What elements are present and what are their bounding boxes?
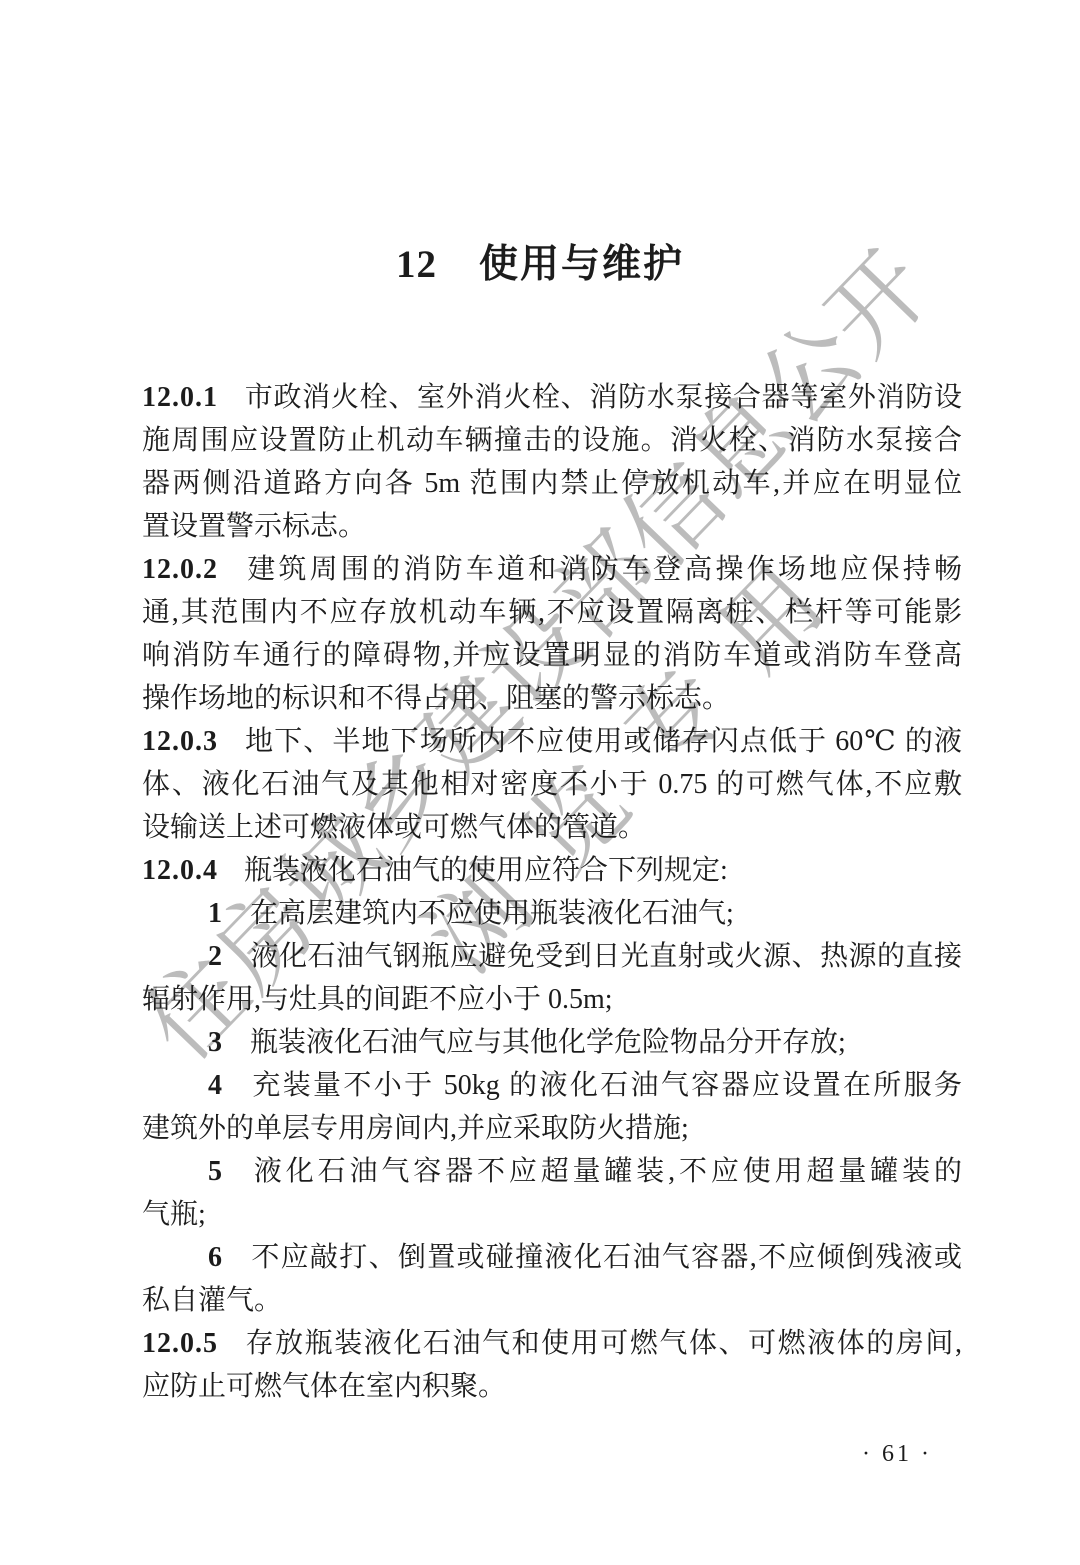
line-text: 通,其范围内不应存放机动车辆,不应设置隔离桩、栏杆等可能影 <box>142 597 962 628</box>
body-line: 3瓶装液化石油气应与其他化学危险物品分开存放; <box>142 1021 962 1064</box>
page-number: · 61 · <box>862 1441 932 1468</box>
body-line: 操作场地的标识和不得占用、阻塞的警示标志。 <box>142 677 962 720</box>
clause-number: 12.0.2 <box>142 554 218 585</box>
body-line: 体、液化石油气及其他相对密度不小于 0.75 的可燃气体,不应敷 <box>142 763 962 806</box>
body-line: 器两侧沿道路方向各 5m 范围内禁止停放机动车,并应在明显位 <box>142 462 962 505</box>
item-number: 5 <box>208 1156 222 1187</box>
line-text: 建筑外的单层专用房间内,并应采取防火措施; <box>142 1113 689 1144</box>
document-page: { "title": { "number": "12", "text": "使用… <box>0 0 1080 1565</box>
line-text: 响消防车通行的障碍物,并应设置明显的消防车道或消防车登高 <box>142 640 962 671</box>
line-text: 私自灌气。 <box>142 1285 282 1316</box>
body-line: 6不应敲打、倒置或碰撞液化石油气容器,不应倾倒残液或 <box>142 1236 962 1279</box>
line-text: 瓶装液化石油气应与其他化学危险物品分开存放; <box>250 1027 846 1058</box>
document-body: 12.0.1市政消火栓、室外消火栓、消防水泵接合器等室外消防设施周围应设置防止机… <box>142 376 962 1408</box>
chapter-title-text: 使用与维护 <box>479 243 684 286</box>
body-line: 5液化石油气容器不应超量罐装,不应使用超量罐装的 <box>142 1150 962 1193</box>
body-line: 2液化石油气钢瓶应避免受到日光直射或火源、热源的直接 <box>142 935 962 978</box>
clause-number: 12.0.1 <box>142 382 218 413</box>
line-text: 应防止可燃气体在室内积聚。 <box>142 1371 506 1402</box>
body-line: 应防止可燃气体在室内积聚。 <box>142 1365 962 1408</box>
body-line: 置设置警示标志。 <box>142 505 962 548</box>
line-text: 充装量不小于 50kg 的液化石油气容器应设置在所服务 <box>250 1070 962 1101</box>
line-text: 器两侧沿道路方向各 5m 范围内禁止停放机动车,并应在明显位 <box>142 468 962 499</box>
item-number: 3 <box>208 1027 222 1058</box>
body-line: 施周围应设置防止机动车辆撞击的设施。消火栓、消防水泵接合 <box>142 419 962 462</box>
body-line: 通,其范围内不应存放机动车辆,不应设置隔离桩、栏杆等可能影 <box>142 591 962 634</box>
line-text: 设输送上述可燃液体或可燃气体的管道。 <box>142 812 646 843</box>
body-line: 12.0.1市政消火栓、室外消火栓、消防水泵接合器等室外消防设 <box>142 376 962 419</box>
chapter-title: 12使用与维护 <box>0 240 1080 290</box>
body-line: 12.0.4瓶装液化石油气的使用应符合下列规定: <box>142 849 962 892</box>
body-line: 12.0.5存放瓶装液化石油气和使用可燃气体、可燃液体的房间, <box>142 1322 962 1365</box>
body-line: 设输送上述可燃液体或可燃气体的管道。 <box>142 806 962 849</box>
line-text: 市政消火栓、室外消火栓、消防水泵接合器等室外消防设 <box>244 382 962 413</box>
line-text: 不应敲打、倒置或碰撞液化石油气容器,不应倾倒残液或 <box>250 1242 962 1273</box>
body-line: 私自灌气。 <box>142 1279 962 1322</box>
body-line: 建筑外的单层专用房间内,并应采取防火措施; <box>142 1107 962 1150</box>
line-text: 体、液化石油气及其他相对密度不小于 0.75 的可燃气体,不应敷 <box>142 769 962 800</box>
body-line: 4充装量不小于 50kg 的液化石油气容器应设置在所服务 <box>142 1064 962 1107</box>
clause-number: 12.0.4 <box>142 855 218 886</box>
line-text: 辐射作用,与灶具的间距不应小于 0.5m; <box>142 984 613 1015</box>
clause-number: 12.0.5 <box>142 1328 218 1359</box>
line-text: 瓶装液化石油气的使用应符合下列规定: <box>244 855 728 886</box>
line-text: 在高层建筑内不应使用瓶装液化石油气; <box>250 898 734 929</box>
line-text: 气瓶; <box>142 1199 206 1230</box>
item-number: 6 <box>208 1242 222 1273</box>
chapter-number: 12 <box>396 243 437 286</box>
body-line: 响消防车通行的障碍物,并应设置明显的消防车道或消防车登高 <box>142 634 962 677</box>
item-number: 1 <box>208 898 222 929</box>
line-text: 存放瓶装液化石油气和使用可燃气体、可燃液体的房间, <box>244 1328 962 1359</box>
line-text: 操作场地的标识和不得占用、阻塞的警示标志。 <box>142 683 730 714</box>
body-line: 辐射作用,与灶具的间距不应小于 0.5m; <box>142 978 962 1021</box>
body-line: 1在高层建筑内不应使用瓶装液化石油气; <box>142 892 962 935</box>
body-line: 气瓶; <box>142 1193 962 1236</box>
line-text: 置设置警示标志。 <box>142 511 366 542</box>
body-line: 12.0.2建筑周围的消防车道和消防车登高操作场地应保持畅 <box>142 548 962 591</box>
line-text: 建筑周围的消防车道和消防车登高操作场地应保持畅 <box>244 554 962 585</box>
line-text: 地下、半地下场所内不应使用或储存闪点低于 60℃ 的液 <box>244 726 962 757</box>
line-text: 液化石油气容器不应超量罐装,不应使用超量罐装的 <box>250 1156 962 1187</box>
clause-number: 12.0.3 <box>142 726 218 757</box>
page-content: 12使用与维护 12.0.1市政消火栓、室外消火栓、消防水泵接合器等室外消防设施… <box>0 0 1080 1565</box>
item-number: 4 <box>208 1070 222 1101</box>
item-number: 2 <box>208 941 222 972</box>
body-line: 12.0.3地下、半地下场所内不应使用或储存闪点低于 60℃ 的液 <box>142 720 962 763</box>
line-text: 液化石油气钢瓶应避免受到日光直射或火源、热源的直接 <box>250 941 962 972</box>
line-text: 施周围应设置防止机动车辆撞击的设施。消火栓、消防水泵接合 <box>142 425 962 456</box>
